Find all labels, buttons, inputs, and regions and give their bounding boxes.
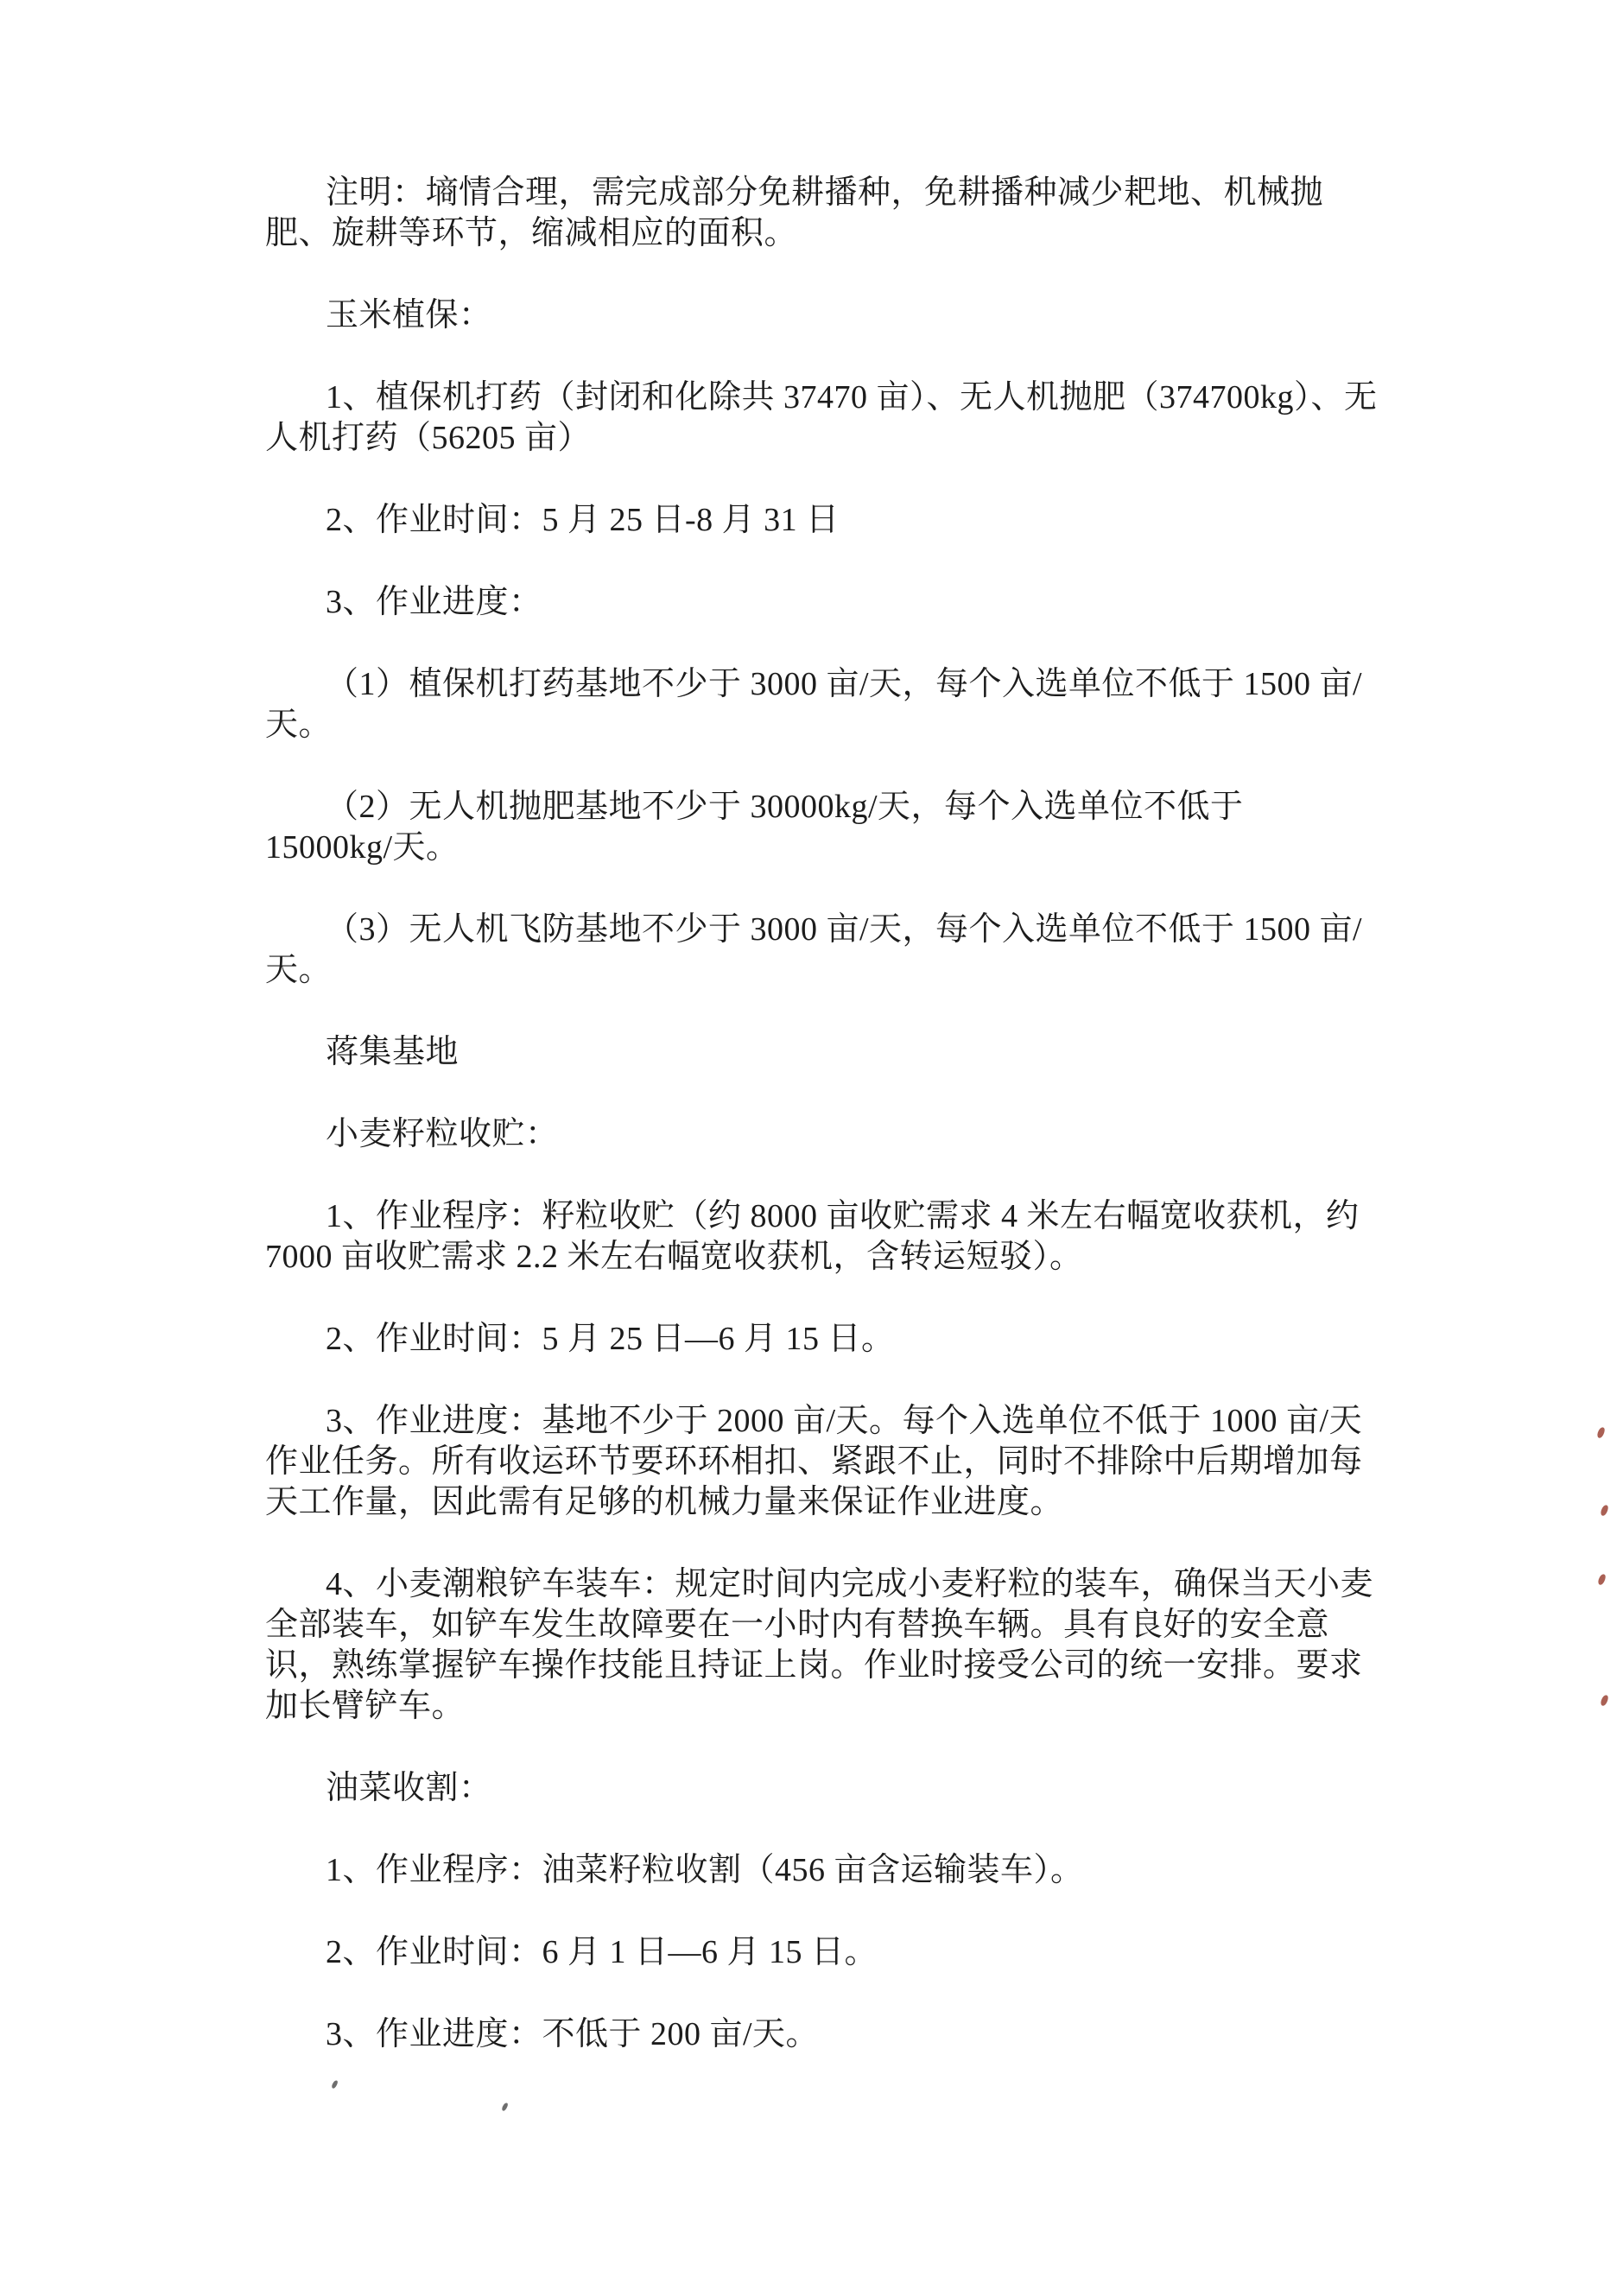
ink-speck xyxy=(1600,1694,1609,1707)
paragraph-rapeseed-heading: 油菜收割： xyxy=(265,1768,1381,1809)
paragraph-wheat-item-4: 4、小麦潮粮铲车装车：规定时间内完成小麦籽粒的装车，确保当天小麦 全部装车，如铲… xyxy=(265,1564,1381,1727)
text-line: 加长臂铲车。 xyxy=(265,1686,1381,1727)
paragraph-corn-progress-3: （3）无人机飞防基地不少于 3000 亩/天，每个入选单位不低于 1500 亩/… xyxy=(265,910,1381,991)
paragraph-rapeseed-item-2: 2、作业时间：6 月 1 日—6 月 15 日。 xyxy=(265,1932,1381,1973)
paragraph-corn-item-1: 1、植保机打药（封闭和化除共 37470 亩）、无人机抛肥（374700kg）、… xyxy=(265,377,1381,459)
text-line: 天。 xyxy=(265,950,1381,991)
paragraph-wheat-grain-heading: 小麦籽粒收贮： xyxy=(265,1114,1381,1155)
text-line: 15000kg/天。 xyxy=(265,828,1381,868)
text-line: 7000 亩收贮需求 2.2 米左右幅宽收获机，含转运短驳）。 xyxy=(265,1237,1381,1278)
paragraph-wheat-item-3: 3、作业进度：基地不少于 2000 亩/天。每个入选单位不低于 1000 亩/天… xyxy=(265,1401,1381,1523)
text-line: 注明：墒情合理，需完成部分免耕播种，免耕播种减少耙地、机械抛 xyxy=(265,173,1381,213)
text-line: 小麦籽粒收贮： xyxy=(265,1114,1381,1155)
paragraph-wheat-item-1: 1、作业程序：籽粒收贮（约 8000 亩收贮需求 4 米左右幅宽收获机，约 70… xyxy=(265,1196,1381,1278)
text-line: 蒋集基地 xyxy=(265,1032,1381,1073)
paragraph-jiangji-base-heading: 蒋集基地 xyxy=(265,1032,1381,1073)
text-line: 2、作业时间：5 月 25 日—6 月 15 日。 xyxy=(265,1319,1381,1360)
text-line: 1、作业程序：籽粒收贮（约 8000 亩收贮需求 4 米左右幅宽收获机，约 xyxy=(265,1196,1381,1237)
text-line: 肥、旋耕等环节，缩减相应的面积。 xyxy=(265,213,1381,254)
text-line: 3、作业进度：不低于 200 亩/天。 xyxy=(265,2014,1381,2055)
text-line: 人机打药（56205 亩） xyxy=(265,418,1381,459)
paragraph-corn-item-2: 2、作业时间：5 月 25 日-8 月 31 日 xyxy=(265,500,1381,541)
paragraph-rapeseed-item-3: 3、作业进度：不低于 200 亩/天。 xyxy=(265,2014,1381,2055)
text-line: 天。 xyxy=(265,705,1381,745)
text-line: 识，熟练掌握铲车操作技能且持证上岗。作业时接受公司的统一安排。要求 xyxy=(265,1646,1381,1686)
text-line: 1、作业程序：油菜籽粒收割（456 亩含运输装车）。 xyxy=(265,1850,1381,1891)
paragraph-note: 注明：墒情合理，需完成部分免耕播种，免耕播种减少耙地、机械抛 肥、旋耕等环节，缩… xyxy=(265,173,1381,254)
paragraph-rapeseed-item-1: 1、作业程序：油菜籽粒收割（456 亩含运输装车）。 xyxy=(265,1850,1381,1891)
text-line: 4、小麦潮粮铲车装车：规定时间内完成小麦籽粒的装车，确保当天小麦 xyxy=(265,1564,1381,1605)
ink-speck xyxy=(1596,1426,1606,1439)
text-line: 天工作量，因此需有足够的机械力量来保证作业进度。 xyxy=(265,1482,1381,1523)
ink-speck xyxy=(331,2079,339,2089)
ink-speck xyxy=(501,2102,509,2111)
text-line: 3、作业进度： xyxy=(265,582,1381,623)
text-line: 2、作业时间：5 月 25 日-8 月 31 日 xyxy=(265,500,1381,541)
paragraph-corn-plant-protection-heading: 玉米植保： xyxy=(265,295,1381,336)
text-line: 全部装车，如铲车发生故障要在一小时内有替换车辆。具有良好的安全意 xyxy=(265,1605,1381,1646)
paragraph-wheat-item-2: 2、作业时间：5 月 25 日—6 月 15 日。 xyxy=(265,1319,1381,1360)
text-line: （1）植保机打药基地不少于 3000 亩/天，每个入选单位不低于 1500 亩/ xyxy=(265,664,1381,705)
paragraph-corn-progress-1: （1）植保机打药基地不少于 3000 亩/天，每个入选单位不低于 1500 亩/… xyxy=(265,664,1381,745)
text-line: 1、植保机打药（封闭和化除共 37470 亩）、无人机抛肥（374700kg）、… xyxy=(265,377,1381,418)
document-page: 注明：墒情合理，需完成部分免耕播种，免耕播种减少耙地、机械抛 肥、旋耕等环节，缩… xyxy=(0,0,1623,2296)
text-line: 玉米植保： xyxy=(265,295,1381,336)
text-line: 2、作业时间：6 月 1 日—6 月 15 日。 xyxy=(265,1932,1381,1973)
text-line: （2）无人机抛肥基地不少于 30000kg/天，每个入选单位不低于 xyxy=(265,787,1381,828)
paragraph-corn-progress-2: （2）无人机抛肥基地不少于 30000kg/天，每个入选单位不低于 15000k… xyxy=(265,787,1381,868)
text-line: 3、作业进度：基地不少于 2000 亩/天。每个入选单位不低于 1000 亩/天 xyxy=(265,1401,1381,1442)
ink-speck xyxy=(1600,1504,1609,1517)
text-line: 油菜收割： xyxy=(265,1768,1381,1809)
text-line: （3）无人机飞防基地不少于 3000 亩/天，每个入选单位不低于 1500 亩/ xyxy=(265,910,1381,950)
text-line: 作业任务。所有收运环节要环环相扣、紧跟不止，同时不排除中后期增加每 xyxy=(265,1442,1381,1482)
ink-speck xyxy=(1597,1573,1607,1586)
paragraph-corn-item-3: 3、作业进度： xyxy=(265,582,1381,623)
